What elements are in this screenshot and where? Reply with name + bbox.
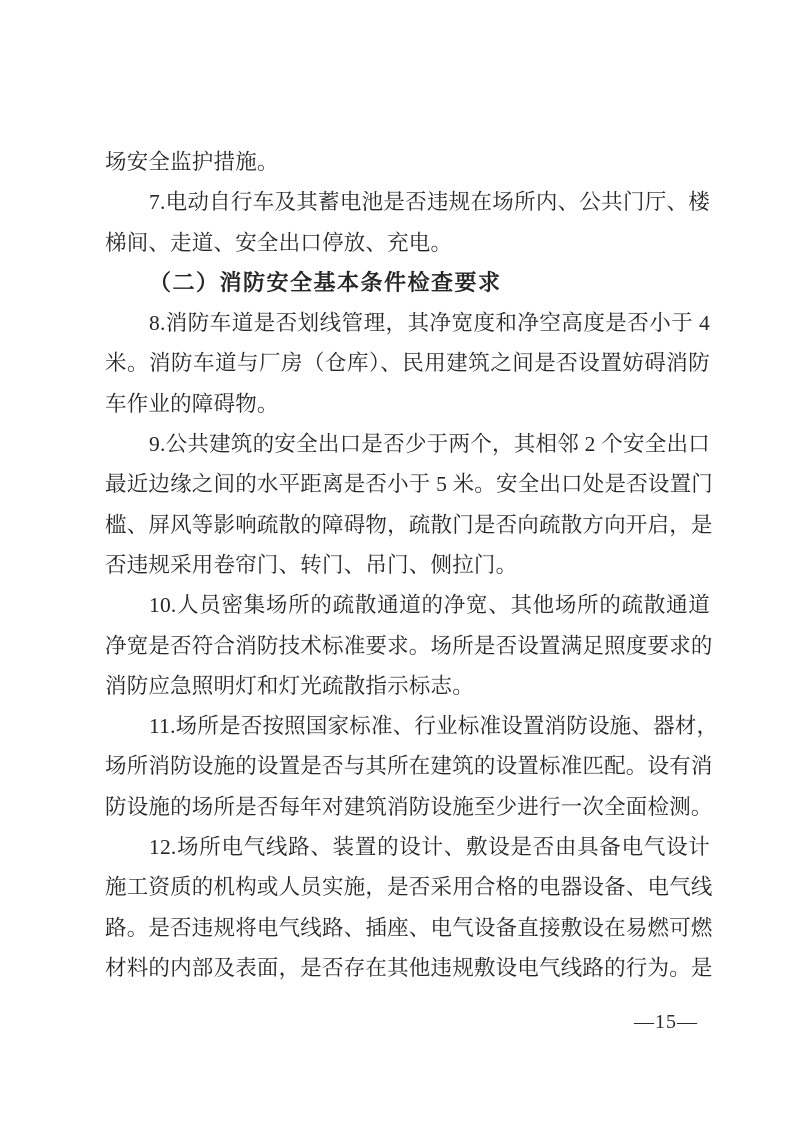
section-heading: （二）消防安全基本条件检查要求 (105, 263, 710, 303)
text-line: 路。是否违规将电气线路、插座、电气设备直接敷设在易燃可燃 (105, 908, 710, 948)
document-body: 场安全监护措施。 7.电动自行车及其蓄电池是否违规在场所内、公共门厅、楼 梯间、… (105, 142, 710, 988)
text-line: 8.消防车道是否划线管理，其净宽度和净空高度是否小于 4 (105, 303, 710, 343)
text-line: 防设施的场所是否每年对建筑消防设施至少进行一次全面检测。 (105, 787, 710, 827)
text-line: 12.场所电气线路、装置的设计、敷设是否由具备电气设计 (105, 827, 710, 867)
text-line: 7.电动自行车及其蓄电池是否违规在场所内、公共门厅、楼 (105, 182, 710, 222)
text-line: 净宽是否符合消防技术标准要求。场所是否设置满足照度要求的 (105, 626, 710, 666)
text-line: 车作业的障碍物。 (105, 384, 710, 424)
text-line: 材料的内部及表面，是否存在其他违规敷设电气线路的行为。是 (105, 948, 710, 988)
document-page: 场安全监护措施。 7.电动自行车及其蓄电池是否违规在场所内、公共门厅、楼 梯间、… (0, 0, 793, 1122)
text-line: 米。消防车道与厂房（仓库）、民用建筑之间是否设置妨碍消防 (105, 343, 710, 383)
text-line: 梯间、走道、安全出口停放、充电。 (105, 223, 710, 263)
text-line: 槛、屏风等影响疏散的障碍物，疏散门是否向疏散方向开启，是 (105, 505, 710, 545)
text-line: 10.人员密集场所的疏散通道的净宽、其他场所的疏散通道 (105, 585, 710, 625)
text-line: 否违规采用卷帘门、转门、吊门、侧拉门。 (105, 545, 710, 585)
text-line: 场安全监护措施。 (105, 142, 710, 182)
page-number: —15— (634, 1008, 698, 1036)
text-line: 施工资质的机构或人员实施，是否采用合格的电器设备、电气线 (105, 867, 710, 907)
text-line: 消防应急照明灯和灯光疏散指示标志。 (105, 666, 710, 706)
text-line: 11.场所是否按照国家标准、行业标准设置消防设施、器材， (105, 706, 710, 746)
text-line: 最近边缘之间的水平距离是否小于 5 米。安全出口处是否设置门 (105, 464, 710, 504)
text-line: 场所消防设施的设置是否与其所在建筑的设置标准匹配。设有消 (105, 746, 710, 786)
text-line: 9.公共建筑的安全出口是否少于两个，其相邻 2 个安全出口 (105, 424, 710, 464)
